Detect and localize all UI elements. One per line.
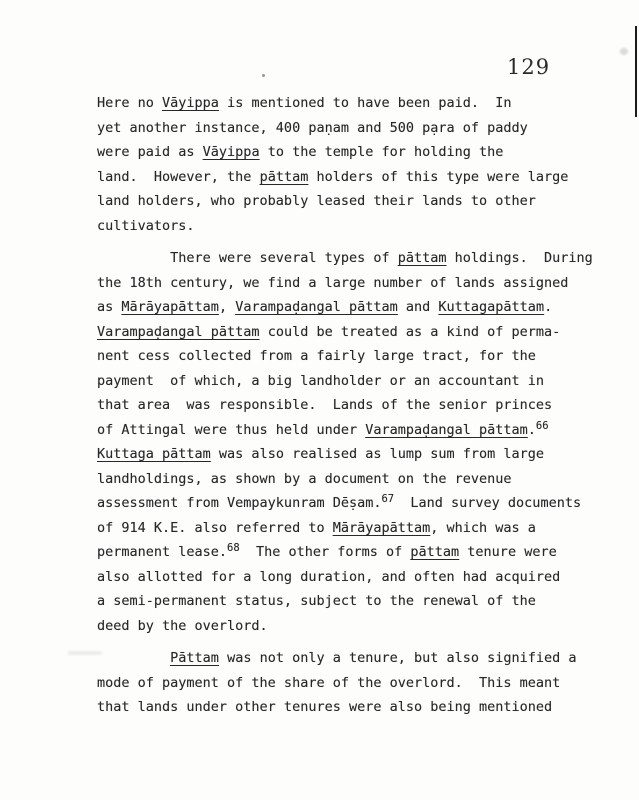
text-line: assessment from Vempaykunram Dēṣam.67 La…	[97, 491, 597, 516]
underlined-term: Varampaḍangal pāttam	[365, 422, 528, 438]
text-segment: nent cess collected from a fairly large …	[97, 348, 536, 364]
underlined-term: pāttam	[410, 544, 459, 560]
text-line: nent cess collected from a fairly large …	[97, 344, 597, 369]
text-segment: that lands under other tenures were also…	[97, 699, 552, 715]
text-segment: and	[398, 299, 439, 315]
underlined-term: pāttam	[398, 250, 447, 266]
text-segment: also allotted for a long duration, and o…	[97, 569, 560, 585]
text-segment: is mentioned to have been paid. In	[219, 95, 512, 111]
text-segment: could be treated as a kind of perma-	[260, 324, 561, 340]
underlined-term: Varampaḍangal pāttam	[97, 324, 260, 340]
text-segment: was not only a tenure, but also signifie…	[219, 650, 577, 666]
text-line: also allotted for a long duration, and o…	[97, 565, 597, 590]
paragraph: Here no Vāyippa is mentioned to have bee…	[97, 91, 597, 238]
text-line: Here no Vāyippa is mentioned to have bee…	[97, 91, 597, 116]
underlined-term: Pāttam	[170, 650, 219, 666]
footnote-ref: 66	[536, 420, 549, 432]
text-line: a semi-permanent status, subject to the …	[97, 589, 597, 614]
text-line: Varampaḍangal pāttam could be treated as…	[97, 320, 597, 345]
text-segment: payment of which, a big landholder or an…	[97, 373, 544, 389]
underlined-term: Varampaḍangal pāttam	[235, 299, 398, 315]
text-segment: holdings. During	[447, 250, 593, 266]
underlined-term: pāttam	[260, 169, 309, 185]
text-line: of Attingal were thus held under Varampa…	[97, 418, 597, 443]
text-segment: .	[528, 422, 536, 438]
text-segment: landholdings, as shown by a document on …	[97, 471, 512, 487]
paragraph: There were several types of pāttam holdi…	[97, 246, 597, 638]
text-segment: of Attingal were thus held under	[97, 422, 365, 438]
text-line: There were several types of pāttam holdi…	[97, 246, 597, 271]
underlined-term: Vāyippa	[162, 95, 219, 111]
underlined-term: Kuttaga pāttam	[97, 446, 211, 462]
text-line: land. However, the pāttam holders of thi…	[97, 165, 597, 190]
underlined-term: Mārāyapāttam	[121, 299, 219, 315]
text-line: permanent lease.68 The other forms of pā…	[97, 540, 597, 565]
scan-artifact-edge-line	[635, 26, 637, 117]
text-segment: tenure were	[459, 544, 557, 560]
text-segment: .	[544, 299, 552, 315]
scan-artifact-smear	[68, 651, 102, 655]
text-line: cultivators.	[97, 214, 597, 239]
text-segment: holders of this type were large	[308, 169, 568, 185]
text-segment: a semi-permanent status, subject to the …	[97, 593, 536, 609]
text-line: landholdings, as shown by a document on …	[97, 467, 597, 492]
text-line: that area was responsible. Lands of the …	[97, 393, 597, 418]
text-line: deed by the overlord.	[97, 614, 597, 639]
text-segment: land holders, who probably leased their …	[97, 193, 536, 209]
text-line: were paid as Vāyippa to the temple for h…	[97, 140, 597, 165]
text-segment: land. However, the	[97, 169, 260, 185]
text-line: Kuttaga pāttam was also realised as lump…	[97, 442, 597, 467]
text-segment: that area was responsible. Lands of the …	[97, 397, 552, 413]
scan-artifact-smudge	[620, 48, 628, 55]
text-segment: as	[97, 299, 121, 315]
text-line: of 914 K.E. also referred to Mārāyapātta…	[97, 516, 597, 541]
text-segment: to the temple for holding the	[260, 144, 504, 160]
text-line: the 18th century, we find a large number…	[97, 271, 597, 296]
text-segment	[97, 650, 170, 666]
text-segment: yet another instance, 400 paṇam and 500 …	[97, 120, 528, 136]
text-segment: Land survey documents	[394, 495, 581, 511]
text-segment: The other forms of	[240, 544, 411, 560]
page-number: 129	[507, 57, 550, 78]
text-block: Here no Vāyippa is mentioned to have bee…	[97, 91, 597, 720]
text-line: that lands under other tenures were also…	[97, 695, 597, 720]
text-segment: assessment from Vempaykunram Dēṣam.	[97, 495, 381, 511]
text-segment: the 18th century, we find a large number…	[97, 275, 568, 291]
text-line: Pāttam was not only a tenure, but also s…	[97, 646, 597, 671]
footnote-ref: 68	[227, 542, 240, 554]
text-segment: deed by the overlord.	[97, 618, 268, 634]
text-segment: permanent lease.	[97, 544, 227, 560]
text-segment: ,	[219, 299, 235, 315]
text-segment: mode of payment of the share of the over…	[97, 675, 560, 691]
underlined-term: Vāyippa	[203, 144, 260, 160]
footnote-ref: 67	[381, 493, 394, 505]
text-segment: , which was a	[430, 520, 536, 536]
scanned-page: 129 Here no Vāyippa is mentioned to have…	[0, 0, 639, 800]
text-segment: was also realised as lump sum from large	[211, 446, 544, 462]
text-segment: Here no	[97, 95, 162, 111]
text-line: yet another instance, 400 paṇam and 500 …	[97, 116, 597, 141]
text-line: mode of payment of the share of the over…	[97, 671, 597, 696]
text-line: land holders, who probably leased their …	[97, 189, 597, 214]
paragraph: Pāttam was not only a tenure, but also s…	[97, 646, 597, 720]
underlined-term: Kuttagapāttam	[438, 299, 544, 315]
underlined-term: Mārāyapāttam	[333, 520, 431, 536]
text-line: payment of which, a big landholder or an…	[97, 369, 597, 394]
text-segment: There were several types of	[97, 250, 398, 266]
text-line: as Mārāyapāttam, Varampaḍangal pāttam an…	[97, 295, 597, 320]
text-segment: of 914 K.E. also referred to	[97, 520, 333, 536]
scan-artifact-dot	[262, 74, 265, 77]
text-segment: were paid as	[97, 144, 203, 160]
text-segment: cultivators.	[97, 218, 195, 234]
